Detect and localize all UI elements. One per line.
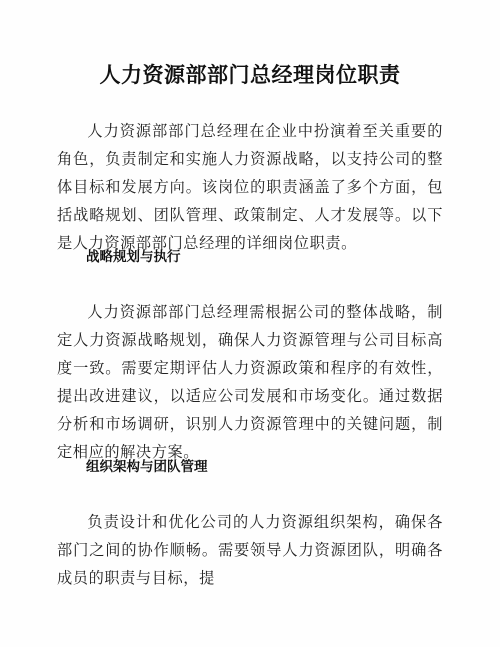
document-page: 人力资源部部门总经理岗位职责 人力资源部部门总经理在企业中扮演着至关重要的角色，… [0, 0, 500, 647]
section-heading-organization: 组织架构与团队管理 [86, 457, 208, 477]
section-body-organization: 负责设计和优化公司的人力资源组织架构，确保各部门之间的协作顺畅。需要领导人力资源… [57, 508, 443, 592]
intro-paragraph: 人力资源部部门总经理在企业中扮演着至关重要的角色，负责制定和实施人力资源战略，以… [57, 117, 443, 257]
section-heading-strategy: 战略规划与执行 [86, 247, 181, 267]
document-title: 人力资源部部门总经理岗位职责 [0, 62, 500, 88]
section-body-strategy: 人力资源部部门总经理需根据公司的整体战略，制定人力资源战略规划，确保人力资源管理… [57, 298, 443, 466]
